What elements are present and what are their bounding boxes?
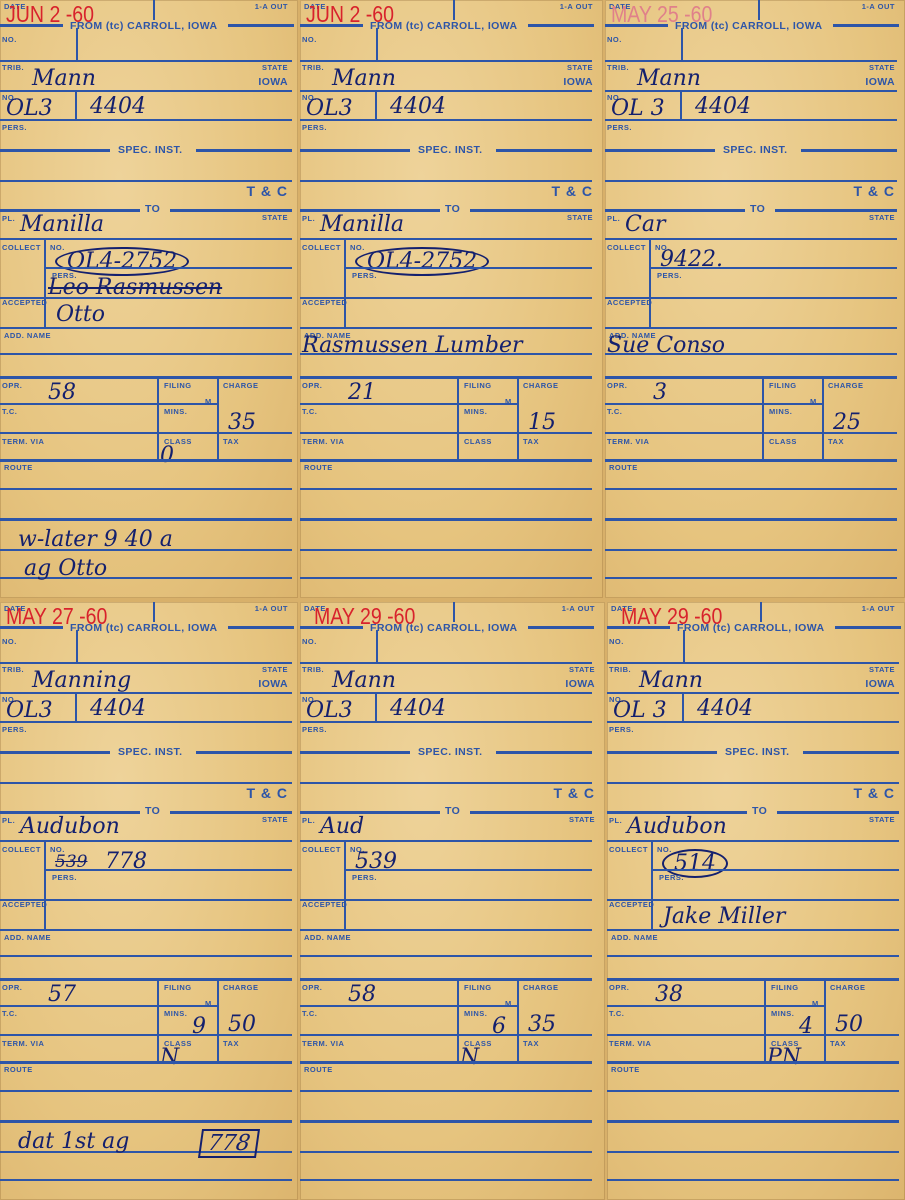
- pers-value: Otto: [56, 302, 105, 327]
- opr-label: OPR.: [302, 381, 322, 390]
- class-label: CLASS: [464, 437, 492, 446]
- to-place: Aud: [320, 814, 364, 839]
- from-label: FROM (tc) CARROLL, IOWA: [677, 622, 824, 634]
- trib-label: TRIB.: [2, 63, 24, 72]
- mins-label: MINS.: [464, 407, 487, 416]
- state-value: IOWA: [565, 678, 595, 690]
- opr-label: OPR.: [2, 983, 22, 992]
- add-name-label: ADD. NAME: [304, 933, 351, 942]
- trib-value: Mann: [639, 668, 703, 693]
- to-pers-label: PERS.: [659, 873, 684, 882]
- note-line-1: w-later 9 40 a: [18, 527, 173, 552]
- no-label: NO.: [2, 637, 17, 646]
- opr-value: 38: [655, 982, 683, 1007]
- accepted-label: ACCEPTED: [302, 900, 347, 909]
- trib-label: TRIB.: [302, 665, 324, 674]
- to-label: TO: [445, 805, 460, 817]
- state-value: IOWA: [258, 678, 288, 690]
- toll-ticket-6: DATE MAY 29 -60 1-A OUT FROM (tc) CARROL…: [607, 602, 905, 1200]
- spec-inst-label: SPEC. INST.: [725, 746, 790, 758]
- pl-label: PL.: [302, 214, 315, 223]
- from-no-prefix: OL3: [306, 96, 353, 121]
- pl-label: PL.: [2, 214, 15, 223]
- state-value: IOWA: [563, 76, 593, 88]
- add-name-label: ADD. NAME: [611, 933, 658, 942]
- accepted-label: ACCEPTED: [2, 900, 47, 909]
- opr-label: OPR.: [607, 381, 627, 390]
- tc-header: T & C: [553, 785, 595, 801]
- pers-label: PERS.: [302, 725, 327, 734]
- from-no: 4404: [697, 696, 753, 721]
- to-pers-label: PERS.: [52, 873, 77, 882]
- no-label: NO.: [302, 35, 317, 44]
- tc-header: T & C: [246, 183, 288, 199]
- state-label: STATE: [569, 665, 595, 674]
- from-label: FROM (tc) CARROLL, IOWA: [70, 622, 217, 634]
- accepted-label: ACCEPTED: [302, 298, 347, 307]
- to-state-label: STATE: [262, 815, 288, 824]
- route-label: ROUTE: [304, 463, 333, 472]
- collect-label: COLLECT: [2, 243, 41, 252]
- term-via-label: TERM. VIA: [302, 437, 344, 446]
- pers-label: PERS.: [607, 123, 632, 132]
- out-label: 1-A OUT: [255, 2, 288, 11]
- tc-header: T & C: [551, 183, 593, 199]
- toll-ticket-2: DATE JUN 2 -60 1-A OUT FROM (tc) CARROLL…: [300, 0, 603, 598]
- pl-label: PL.: [609, 816, 622, 825]
- to-label: TO: [445, 203, 460, 215]
- add-name-label: ADD. NAME: [4, 933, 51, 942]
- from-no: 4404: [390, 94, 446, 119]
- spec-inst-label: SPEC. INST.: [723, 144, 788, 156]
- add-name-label: ADD. NAME: [4, 331, 51, 340]
- spec-inst-label: SPEC. INST.: [418, 746, 483, 758]
- to-pers-label: PERS.: [352, 873, 377, 882]
- to-no-label: NO.: [350, 243, 365, 252]
- trib-value: Mann: [332, 66, 396, 91]
- mins-label: MINS.: [769, 407, 792, 416]
- tax-label: TAX: [523, 437, 539, 446]
- note-line-1: dat 1st ag: [18, 1129, 129, 1154]
- from-no-prefix: OL 3: [611, 96, 665, 121]
- term-via-label: TERM. VIA: [609, 1039, 651, 1048]
- no-label: NO.: [607, 35, 622, 44]
- state-value: IOWA: [865, 678, 895, 690]
- to-label: TO: [145, 805, 160, 817]
- term-via-label: TERM. VIA: [2, 1039, 44, 1048]
- pers-label: PERS.: [609, 725, 634, 734]
- toll-ticket-5: DATE MAY 29 -60 1-A OUT FROM (tc) CARROL…: [300, 602, 605, 1200]
- tc-label: T.C.: [609, 1009, 624, 1018]
- tax-label: TAX: [223, 1039, 239, 1048]
- route-label: ROUTE: [304, 1065, 333, 1074]
- tc-header: T & C: [853, 785, 895, 801]
- class-value: 0: [160, 443, 174, 468]
- route-label: ROUTE: [4, 463, 33, 472]
- to-no-label: NO.: [50, 243, 65, 252]
- spec-inst-label: SPEC. INST.: [118, 144, 183, 156]
- term-via-label: TERM. VIA: [607, 437, 649, 446]
- to-place: Manilla: [320, 212, 404, 237]
- state-value: IOWA: [258, 76, 288, 88]
- tc-label: T.C.: [302, 1009, 317, 1018]
- route-label: ROUTE: [4, 1065, 33, 1074]
- tc-label: T.C.: [607, 407, 622, 416]
- pers-label: PERS.: [2, 725, 27, 734]
- accepted-label: ACCEPTED: [607, 298, 652, 307]
- class-value: N: [160, 1045, 179, 1070]
- state-label: STATE: [567, 63, 593, 72]
- state-label: STATE: [262, 63, 288, 72]
- collect-label: COLLECT: [302, 243, 341, 252]
- to-label: TO: [752, 805, 767, 817]
- spec-inst-label: SPEC. INST.: [118, 746, 183, 758]
- from-label: FROM (tc) CARROLL, IOWA: [675, 20, 822, 32]
- tax-label: TAX: [830, 1039, 846, 1048]
- opr-value: 57: [48, 982, 76, 1007]
- tax-label: TAX: [223, 437, 239, 446]
- state-label: STATE: [262, 665, 288, 674]
- to-place: Manilla: [20, 212, 104, 237]
- collect-label: COLLECT: [607, 243, 646, 252]
- tax-label: TAX: [523, 1039, 539, 1048]
- tc-label: T.C.: [302, 407, 317, 416]
- route-label: ROUTE: [609, 463, 638, 472]
- opr-value: 58: [348, 982, 376, 1007]
- out-label: 1-A OUT: [560, 2, 593, 11]
- collect-label: COLLECT: [302, 845, 341, 854]
- filing-label: FILING: [769, 381, 797, 390]
- tc-label: T.C.: [2, 407, 17, 416]
- no-label: NO.: [302, 637, 317, 646]
- filing-label: FILING: [771, 983, 799, 992]
- to-state-label: STATE: [262, 213, 288, 222]
- to-place: Audubon: [627, 814, 727, 839]
- pers-value: Jake Miller: [663, 904, 785, 929]
- state-label: STATE: [869, 63, 895, 72]
- pl-label: PL.: [302, 816, 315, 825]
- opr-value: 3: [653, 380, 667, 405]
- from-no: 4404: [90, 696, 146, 721]
- term-via-label: TERM. VIA: [302, 1039, 344, 1048]
- opr-label: OPR.: [2, 381, 22, 390]
- filing-label: FILING: [464, 983, 492, 992]
- mins-label: MINS.: [771, 1009, 794, 1018]
- collect-label: COLLECT: [609, 845, 648, 854]
- collect-label: COLLECT: [2, 845, 41, 854]
- tc-label: T.C.: [2, 1009, 17, 1018]
- boxed-note: 778: [198, 1129, 260, 1158]
- from-no-prefix: OL3: [306, 698, 353, 723]
- no-label: NO.: [2, 35, 17, 44]
- to-place: Audubon: [20, 814, 120, 839]
- trib-value: Mann: [32, 66, 96, 91]
- opr-value: 58: [48, 380, 76, 405]
- tc-header: T & C: [246, 785, 288, 801]
- to-state-label: STATE: [869, 213, 895, 222]
- to-pers-label: PERS.: [657, 271, 682, 280]
- tc-header: T & C: [853, 183, 895, 199]
- note-line-2: ag Otto: [24, 556, 107, 581]
- charge-label: CHARGE: [523, 381, 559, 390]
- opr-value: 21: [348, 380, 376, 405]
- class-value: PN: [767, 1045, 801, 1070]
- charge-label: CHARGE: [830, 983, 866, 992]
- trib-value: Mann: [332, 668, 396, 693]
- to-pers-label: PERS.: [352, 271, 377, 280]
- term-via-label: TERM. VIA: [2, 437, 44, 446]
- trib-label: TRIB.: [609, 665, 631, 674]
- tax-label: TAX: [828, 437, 844, 446]
- charge-label: CHARGE: [828, 381, 864, 390]
- from-label: FROM (tc) CARROLL, IOWA: [370, 20, 517, 32]
- spec-inst-label: SPEC. INST.: [418, 144, 483, 156]
- to-state-label: STATE: [567, 213, 593, 222]
- pl-label: PL.: [2, 816, 15, 825]
- trib-label: TRIB.: [607, 63, 629, 72]
- charge-label: CHARGE: [223, 983, 259, 992]
- pers-label: PERS.: [2, 123, 27, 132]
- accepted-label: ACCEPTED: [609, 900, 654, 909]
- out-label: 1-A OUT: [255, 604, 288, 613]
- from-label: FROM (tc) CARROLL, IOWA: [370, 622, 517, 634]
- state-value: IOWA: [865, 76, 895, 88]
- filing-label: FILING: [464, 381, 492, 390]
- class-value: N: [460, 1045, 479, 1070]
- out-label: 1-A OUT: [862, 2, 895, 11]
- to-state-label: STATE: [869, 815, 895, 824]
- pers-label: PERS.: [302, 123, 327, 132]
- class-label: CLASS: [769, 437, 797, 446]
- from-no: 4404: [695, 94, 751, 119]
- from-no-prefix: OL3: [6, 698, 53, 723]
- to-label: TO: [750, 203, 765, 215]
- out-label: 1-A OUT: [862, 604, 895, 613]
- filing-label: FILING: [164, 983, 192, 992]
- no-label: NO.: [609, 637, 624, 646]
- mins-label: MINS.: [164, 1009, 187, 1018]
- trib-label: TRIB.: [2, 665, 24, 674]
- filing-label: FILING: [164, 381, 192, 390]
- trib-label: TRIB.: [302, 63, 324, 72]
- accepted-label: ACCEPTED: [2, 298, 47, 307]
- opr-label: OPR.: [302, 983, 322, 992]
- toll-ticket-1: DATE JUN 2 -60 1-A OUT FROM (tc) CARROLL…: [0, 0, 298, 598]
- from-no-prefix: OL3: [6, 96, 53, 121]
- out-label: 1-A OUT: [562, 604, 595, 613]
- toll-ticket-3: DATE MAY 25 -60 1-A OUT FROM (tc) CARROL…: [605, 0, 905, 598]
- to-label: TO: [145, 203, 160, 215]
- state-label: STATE: [869, 665, 895, 674]
- from-no-prefix: OL 3: [613, 698, 667, 723]
- trib-value: Manning: [32, 668, 131, 693]
- from-label: FROM (tc) CARROLL, IOWA: [70, 20, 217, 32]
- opr-label: OPR.: [609, 983, 629, 992]
- route-label: ROUTE: [611, 1065, 640, 1074]
- pl-label: PL.: [607, 214, 620, 223]
- to-place: Car: [625, 212, 665, 237]
- toll-ticket-4: DATE MAY 27 -60 1-A OUT FROM (tc) CARROL…: [0, 602, 298, 1200]
- from-no: 4404: [390, 696, 446, 721]
- charge-label: CHARGE: [223, 381, 259, 390]
- mins-label: MINS.: [164, 407, 187, 416]
- to-no-label: NO.: [657, 845, 672, 854]
- from-no: 4404: [90, 94, 146, 119]
- trib-value: Mann: [637, 66, 701, 91]
- to-state-label: STATE: [569, 815, 595, 824]
- charge-label: CHARGE: [523, 983, 559, 992]
- mins-label: MINS.: [464, 1009, 487, 1018]
